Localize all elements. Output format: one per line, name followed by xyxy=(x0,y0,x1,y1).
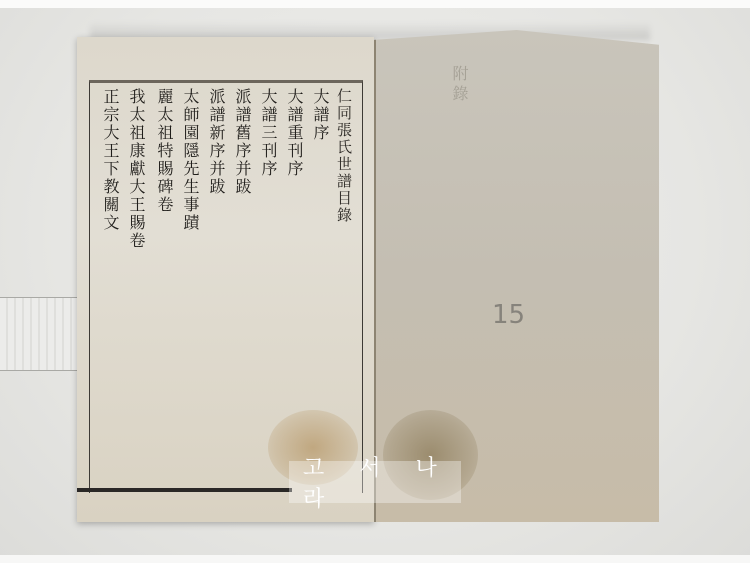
print-baseline xyxy=(77,488,292,492)
toc-entry: 大譜三刊序 xyxy=(259,88,277,178)
toc-entry: 大譜重刊序 xyxy=(285,88,303,178)
pencil-mark: 15 xyxy=(492,300,525,330)
paper-tape xyxy=(0,297,80,371)
toc-entry: 麗太祖特賜碑卷 xyxy=(155,88,173,214)
background-bottom-edge xyxy=(0,555,750,563)
toc-entry: 派譜舊序并跋 xyxy=(233,88,251,196)
bleed-through-text: 附錄 xyxy=(448,65,471,105)
toc-entry: 太師園隱先生事蹟 xyxy=(181,88,199,232)
toc-entry: 大譜序 xyxy=(311,88,329,142)
toc-title: 仁同張氏世譜目錄 xyxy=(335,88,353,224)
watermark: 고 서 나 라 xyxy=(289,461,461,503)
watermark-text: 고 서 나 라 xyxy=(289,451,461,513)
toc-entry: 我太祖康獻大王賜卷 xyxy=(127,88,145,250)
toc-entry: 派譜新序并跋 xyxy=(207,88,225,196)
toc-entry: 正宗大王下教關文 xyxy=(101,88,119,232)
background-top-edge xyxy=(0,0,750,8)
